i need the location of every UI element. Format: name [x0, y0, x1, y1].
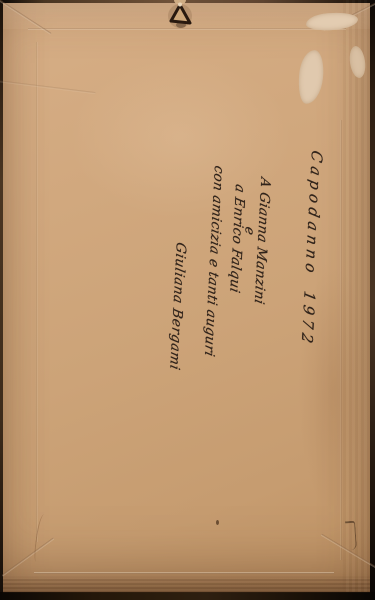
crease-right — [340, 120, 342, 560]
handwritten-dedication: A Gianna Manzini e a Enrico Falqui con a… — [163, 156, 273, 382]
framed-artwork-back-photo: Capodanno 1972 A Gianna Manzini e a Enri… — [0, 0, 375, 600]
ink-mark-bracket — [345, 521, 357, 551]
cardboard-striation-bottom — [3, 578, 370, 593]
dedication-line-4: con amicizia e tanti auguri — [200, 164, 226, 372]
ink-mark-dot — [216, 520, 219, 525]
frame-edge-bottom — [0, 592, 375, 600]
frame-edge-right — [370, 0, 375, 600]
hanging-ring-icon — [164, 1, 196, 33]
crease-bottom — [34, 572, 334, 574]
crease-left — [36, 42, 38, 542]
dedication-line-5: Giuliana Bergami — [167, 241, 188, 365]
frame-edge-left — [0, 0, 3, 600]
cardboard-striation-right — [343, 0, 370, 592]
hanging-ring — [164, 1, 196, 33]
